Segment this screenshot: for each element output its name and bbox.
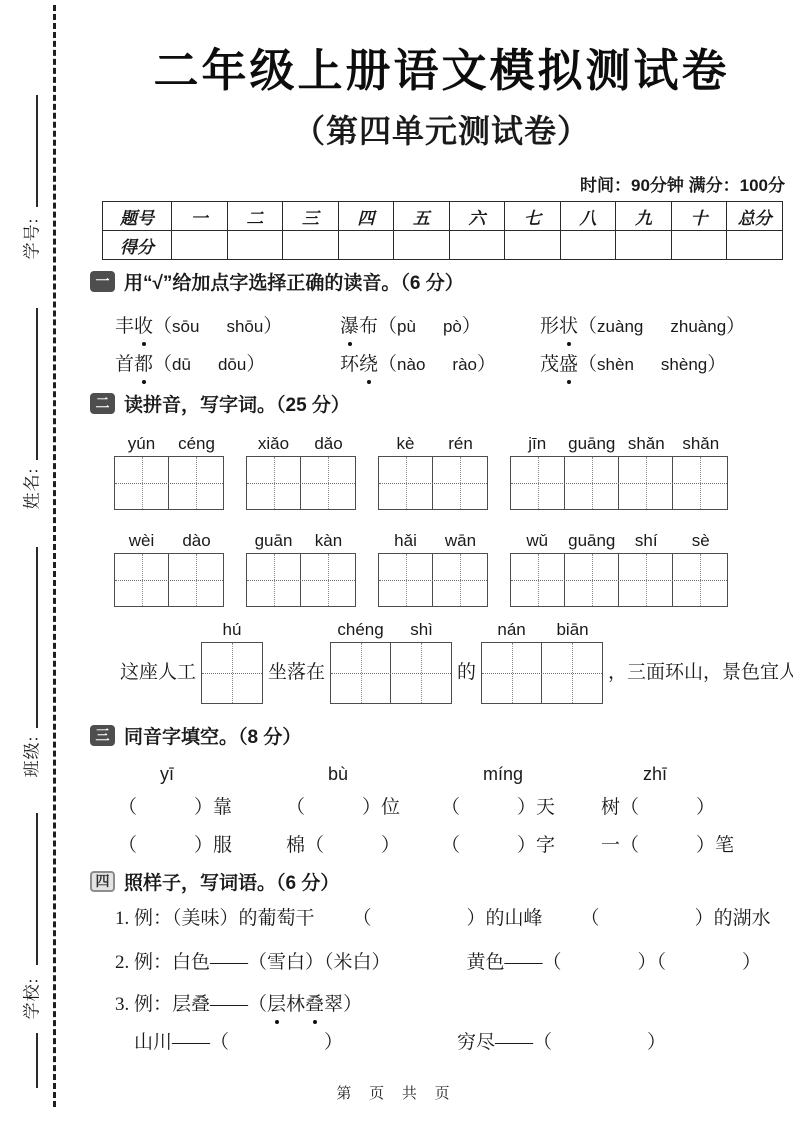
grid-cell — [202, 643, 262, 703]
score-table-score-row: 得分 — [103, 231, 783, 260]
grid-cell — [169, 457, 223, 509]
sentence-text: ，三面环山，景色宜人。 — [603, 657, 793, 684]
grid-cell — [301, 554, 355, 606]
pinyin-writing-grid: guānkàn — [246, 531, 356, 607]
grid-cell — [673, 554, 727, 606]
pinyin-option: rào — [452, 355, 477, 374]
pinyin-label: hú — [201, 620, 263, 640]
score-table-header-cell: 七 — [505, 202, 561, 231]
grid-cell — [619, 457, 673, 509]
character: 环 — [340, 352, 359, 378]
pinyin-writing-grid: nánbiān — [481, 620, 603, 704]
section-title: 照样子，写词语。（6 分） — [124, 868, 339, 895]
writing-grid — [114, 456, 224, 510]
section-1-header: 一 用“√”给加点字选择正确的读音。（6 分） — [90, 268, 793, 295]
margin-fill-line — [36, 308, 38, 460]
pronunciation-item: 茂盛（shènshèng） — [540, 352, 793, 378]
pinyin-syllable: hú — [201, 620, 263, 640]
character: 翠 — [324, 992, 343, 1018]
grid-cell — [115, 554, 169, 606]
margin-fill-line — [36, 813, 38, 965]
margin-label-school: 学校: — [18, 966, 43, 1032]
homophone-blank-item: （）天 — [441, 792, 601, 819]
grid-cell — [391, 643, 451, 703]
pinyin-option: zhuàng — [670, 317, 726, 336]
writing-grid — [246, 456, 356, 510]
grid-cell — [331, 643, 391, 703]
pinyin-syllable: wǔ — [510, 531, 565, 551]
margin-label-student-name: 姓名: — [18, 456, 43, 522]
page-footer: 第 页 共 页 — [0, 1082, 793, 1103]
pinyin-writing-grid: wǔguāngshísè — [510, 531, 728, 607]
pinyin-label: hǎiwān — [378, 531, 488, 551]
pronunciation-row: 首都（dūdōu）环绕（nàorào）茂盛（shènshèng） — [115, 352, 793, 378]
pinyin-option: shōu — [226, 317, 263, 336]
score-cell-empty — [560, 231, 616, 260]
pinyin-writing-grid: xiǎodǎo — [246, 434, 356, 510]
pinyin-syllable: dào — [169, 531, 224, 551]
score-table-header-cell: 九 — [616, 202, 672, 231]
writing-grid — [481, 642, 603, 704]
pinyin-option: pù — [397, 317, 416, 336]
pinyin-writing-grid: chéngshì — [330, 620, 452, 704]
pinyin-syllable: hǎi — [378, 531, 433, 551]
exam-paper: 学号:姓名:班级:学校: 二年级上册语文模拟测试卷 （第四单元测试卷） 时间：9… — [0, 0, 793, 1122]
pinyin-option: dōu — [218, 355, 246, 374]
pinyin-syllable: shì — [391, 620, 452, 640]
pronunciation-item: 首都（dūdōu） — [115, 352, 340, 378]
score-cell-empty — [227, 231, 283, 260]
writing-grid — [378, 456, 488, 510]
pronunciation-item: 瀑布（pùpò） — [340, 314, 540, 340]
pinyin-syllable: wān — [433, 531, 488, 551]
character: 首 — [115, 352, 134, 378]
score-table-header-cell: 五 — [394, 202, 450, 231]
fill-in-sentence: 这座人工hú坐落在chéngshì的nánbiān，三面环山，景色宜人。 — [115, 620, 793, 704]
pinyin-option: shèng — [661, 355, 707, 374]
pinyin-option: pò — [443, 317, 462, 336]
pinyin-syllable: xiǎo — [246, 434, 301, 454]
writing-grid-row: wèidàoguānkànhǎiwānwǔguāngshísè — [114, 531, 728, 607]
character: 丰 — [115, 314, 134, 340]
score-table-header-cell: 八 — [560, 202, 616, 231]
score-table-header-cell: 二 — [227, 202, 283, 231]
section-title: 用“√”给加点字选择正确的读音。（6 分） — [124, 268, 464, 295]
sentence-text: 的 — [452, 657, 481, 684]
pinyin-writing-grid: hǎiwān — [378, 531, 488, 607]
grid-cell — [619, 554, 673, 606]
character: 茂 — [540, 352, 559, 378]
writing-grid — [378, 553, 488, 607]
margin-fill-line — [36, 1033, 38, 1088]
pinyin-label: jīnguāngshǎnshǎn — [510, 434, 728, 454]
word-pattern-line: 1. 例：（美味）的葡萄干（）的山峰（）的湖水 — [115, 906, 771, 932]
score-cell-empty — [283, 231, 339, 260]
pinyin-heading: bù — [286, 764, 441, 785]
grid-cell — [247, 554, 301, 606]
grid-cell — [301, 457, 355, 509]
homophone-blank-item: （）字 — [441, 830, 601, 857]
pinyin-writing-grid: jīnguāngshǎnshǎn — [510, 434, 728, 510]
homophone-blank-item: 树（） — [601, 792, 761, 819]
section-3-header: 三 同音字填空。（8 分） — [90, 722, 793, 749]
pinyin-option: nào — [397, 355, 425, 374]
pinyin-syllable: céng — [169, 434, 224, 454]
dotted-character: 状 — [559, 314, 578, 340]
score-table-header-row: 题号一二三四五六七八九十总分 — [103, 202, 783, 231]
section-4-header: 四 照样子，写词语。（6 分） — [90, 868, 793, 895]
margin-label-student-id: 学号: — [18, 206, 43, 272]
sentence-text: 坐落在 — [263, 657, 330, 684]
pinyin-syllable: shǎn — [619, 434, 674, 454]
pinyin-heading: yī — [118, 764, 286, 785]
score-row-label: 得分 — [103, 231, 172, 260]
character: 林 — [286, 992, 305, 1018]
pinyin-syllable: nán — [481, 620, 542, 640]
writing-grid — [201, 642, 263, 704]
grid-cell — [379, 554, 433, 606]
score-cell-empty — [394, 231, 450, 260]
grid-cell — [433, 457, 487, 509]
score-table-header-cell: 一 — [172, 202, 228, 231]
pinyin-writing-grid: hú — [201, 620, 263, 704]
pinyin-syllable: wèi — [114, 531, 169, 551]
pinyin-label: chéngshì — [330, 620, 452, 640]
pinyin-option: sōu — [172, 317, 199, 336]
grid-cell — [542, 643, 602, 703]
word-pattern-line: 3. 例：层叠——（层林叠翠） — [115, 992, 362, 1018]
score-cell-empty — [505, 231, 561, 260]
section-title: 读拼音，写字词。（25 分） — [124, 390, 350, 417]
pinyin-syllable: shí — [619, 531, 674, 551]
score-table: 题号一二三四五六七八九十总分 得分 — [102, 201, 783, 260]
exam-subtitle: （第四单元测试卷） — [90, 106, 793, 152]
homophone-item-row: （）服棉（）（）字一（）笔 — [118, 830, 778, 857]
pinyin-label: kèrén — [378, 434, 488, 454]
grid-cell — [511, 554, 565, 606]
homophone-blank-item: （）位 — [286, 792, 441, 819]
dotted-character: 层 — [267, 992, 286, 1018]
dotted-character: 都 — [134, 352, 153, 378]
grid-cell — [565, 457, 619, 509]
section-2: 二 读拼音，写字词。（25 分） yúncéngxiǎodǎokèrénjīng… — [90, 390, 793, 417]
score-cell-empty — [449, 231, 505, 260]
score-cell-empty — [172, 231, 228, 260]
pinyin-syllable: guān — [246, 531, 301, 551]
writing-grid — [114, 553, 224, 607]
grid-cell — [482, 643, 542, 703]
section-4: 四 照样子，写词语。（6 分） 1. 例：（美味）的葡萄干（）的山峰（）的湖水2… — [90, 868, 793, 895]
score-table-header-cell: 总分 — [727, 202, 783, 231]
score-table-header-cell: 三 — [283, 202, 339, 231]
grid-cell — [169, 554, 223, 606]
time-score-info: 时间：90分钟 满分：100分 — [580, 171, 785, 196]
pinyin-heading: zhī — [601, 764, 761, 785]
pinyin-label: yúncéng — [114, 434, 224, 454]
section-number-badge: 二 — [90, 393, 115, 414]
character: 形 — [540, 314, 559, 340]
pinyin-syllable: sè — [674, 531, 729, 551]
pinyin-writing-grid: wèidào — [114, 531, 224, 607]
score-table-header-cell: 十 — [671, 202, 727, 231]
pinyin-option: shèn — [597, 355, 634, 374]
section-2-header: 二 读拼音，写字词。（25 分） — [90, 390, 793, 417]
pinyin-syllable: kàn — [301, 531, 356, 551]
margin-fill-line — [36, 547, 38, 728]
dotted-character: 收 — [134, 314, 153, 340]
pinyin-syllable: dǎo — [301, 434, 356, 454]
section-number-badge: 一 — [90, 271, 115, 292]
pinyin-option: zuàng — [597, 317, 643, 336]
grid-cell — [433, 554, 487, 606]
score-table-header-cell: 题号 — [103, 202, 172, 231]
writing-grid — [510, 456, 728, 510]
pinyin-label: guānkàn — [246, 531, 356, 551]
section-number-badge: 三 — [90, 725, 115, 746]
pinyin-syllable: guāng — [565, 531, 620, 551]
homophone-blank-item: （）服 — [118, 830, 286, 857]
grid-cell — [115, 457, 169, 509]
pinyin-writing-grid: yúncéng — [114, 434, 224, 510]
word-pattern-line: 山川——（）穷尽——（） — [115, 1030, 666, 1056]
pinyin-label: wèidào — [114, 531, 224, 551]
grid-cell — [673, 457, 727, 509]
score-table-header-cell: 六 — [449, 202, 505, 231]
dotted-character: 叠 — [305, 992, 324, 1018]
pinyin-label: nánbiān — [481, 620, 603, 640]
score-cell-empty — [338, 231, 394, 260]
pinyin-syllable: yún — [114, 434, 169, 454]
score-table-header-cell: 四 — [338, 202, 394, 231]
score-cell-empty — [727, 231, 783, 260]
exam-title: 二年级上册语文模拟测试卷 — [90, 34, 793, 99]
writing-grid — [246, 553, 356, 607]
writing-grid — [330, 642, 452, 704]
content-area: 二年级上册语文模拟测试卷 （第四单元测试卷） 时间：90分钟 满分：100分 题… — [90, 0, 793, 1122]
section-3: 三 同音字填空。（8 分） yībùmíngzhī（）靠（）位（）天树（）（）服… — [90, 722, 793, 749]
pinyin-option: dū — [172, 355, 191, 374]
pronunciation-item: 环绕（nàorào） — [340, 352, 540, 378]
dashed-fold-line — [53, 5, 56, 1107]
pinyin-syllable: shǎn — [674, 434, 729, 454]
pinyin-writing-grid: kèrén — [378, 434, 488, 510]
pronunciation-item: 丰收（sōushōu） — [115, 314, 340, 340]
grid-cell — [379, 457, 433, 509]
grid-cell — [247, 457, 301, 509]
pronunciation-row: 丰收（sōushōu）瀑布（pùpò）形状（zuàngzhuàng） — [115, 314, 793, 340]
pinyin-syllable: rén — [433, 434, 488, 454]
grid-cell — [511, 457, 565, 509]
sentence-text: 这座人工 — [115, 657, 201, 684]
pinyin-syllable: guāng — [565, 434, 620, 454]
pinyin-syllable: chéng — [330, 620, 391, 640]
score-cell-empty — [671, 231, 727, 260]
section-number-badge: 四 — [90, 871, 115, 892]
homophone-item-row: （）靠（）位（）天树（） — [118, 792, 778, 819]
homophone-blank-item: （）靠 — [118, 792, 286, 819]
character: 布 — [359, 314, 378, 340]
pinyin-label: xiǎodǎo — [246, 434, 356, 454]
section-1: 一 用“√”给加点字选择正确的读音。（6 分） 丰收（sōushōu）瀑布（pù… — [90, 268, 793, 295]
pinyin-heading: míng — [441, 764, 601, 785]
section-title: 同音字填空。（8 分） — [124, 722, 301, 749]
dotted-character: 绕 — [359, 352, 378, 378]
writing-grid — [510, 553, 728, 607]
margin-fill-line — [36, 95, 38, 207]
pinyin-label: wǔguāngshísè — [510, 531, 728, 551]
margin-label-class: 班级: — [18, 724, 43, 790]
word-pattern-line: 2. 例：白色——（雪白）（米白）黄色——（）（） — [115, 950, 761, 976]
pinyin-syllable: jīn — [510, 434, 565, 454]
pinyin-syllable: kè — [378, 434, 433, 454]
homophone-pinyin-row: yībùmíngzhī — [118, 764, 778, 785]
homophone-blank-item: 棉（） — [286, 830, 441, 857]
pinyin-syllable: biān — [542, 620, 603, 640]
writing-grid-row: yúncéngxiǎodǎokèrénjīnguāngshǎnshǎn — [114, 434, 728, 510]
grid-cell — [565, 554, 619, 606]
score-cell-empty — [616, 231, 672, 260]
dotted-character: 盛 — [559, 352, 578, 378]
dotted-character: 瀑 — [340, 314, 359, 340]
pronunciation-item: 形状（zuàngzhuàng） — [540, 314, 793, 340]
homophone-blank-item: 一（）笔 — [601, 830, 761, 857]
